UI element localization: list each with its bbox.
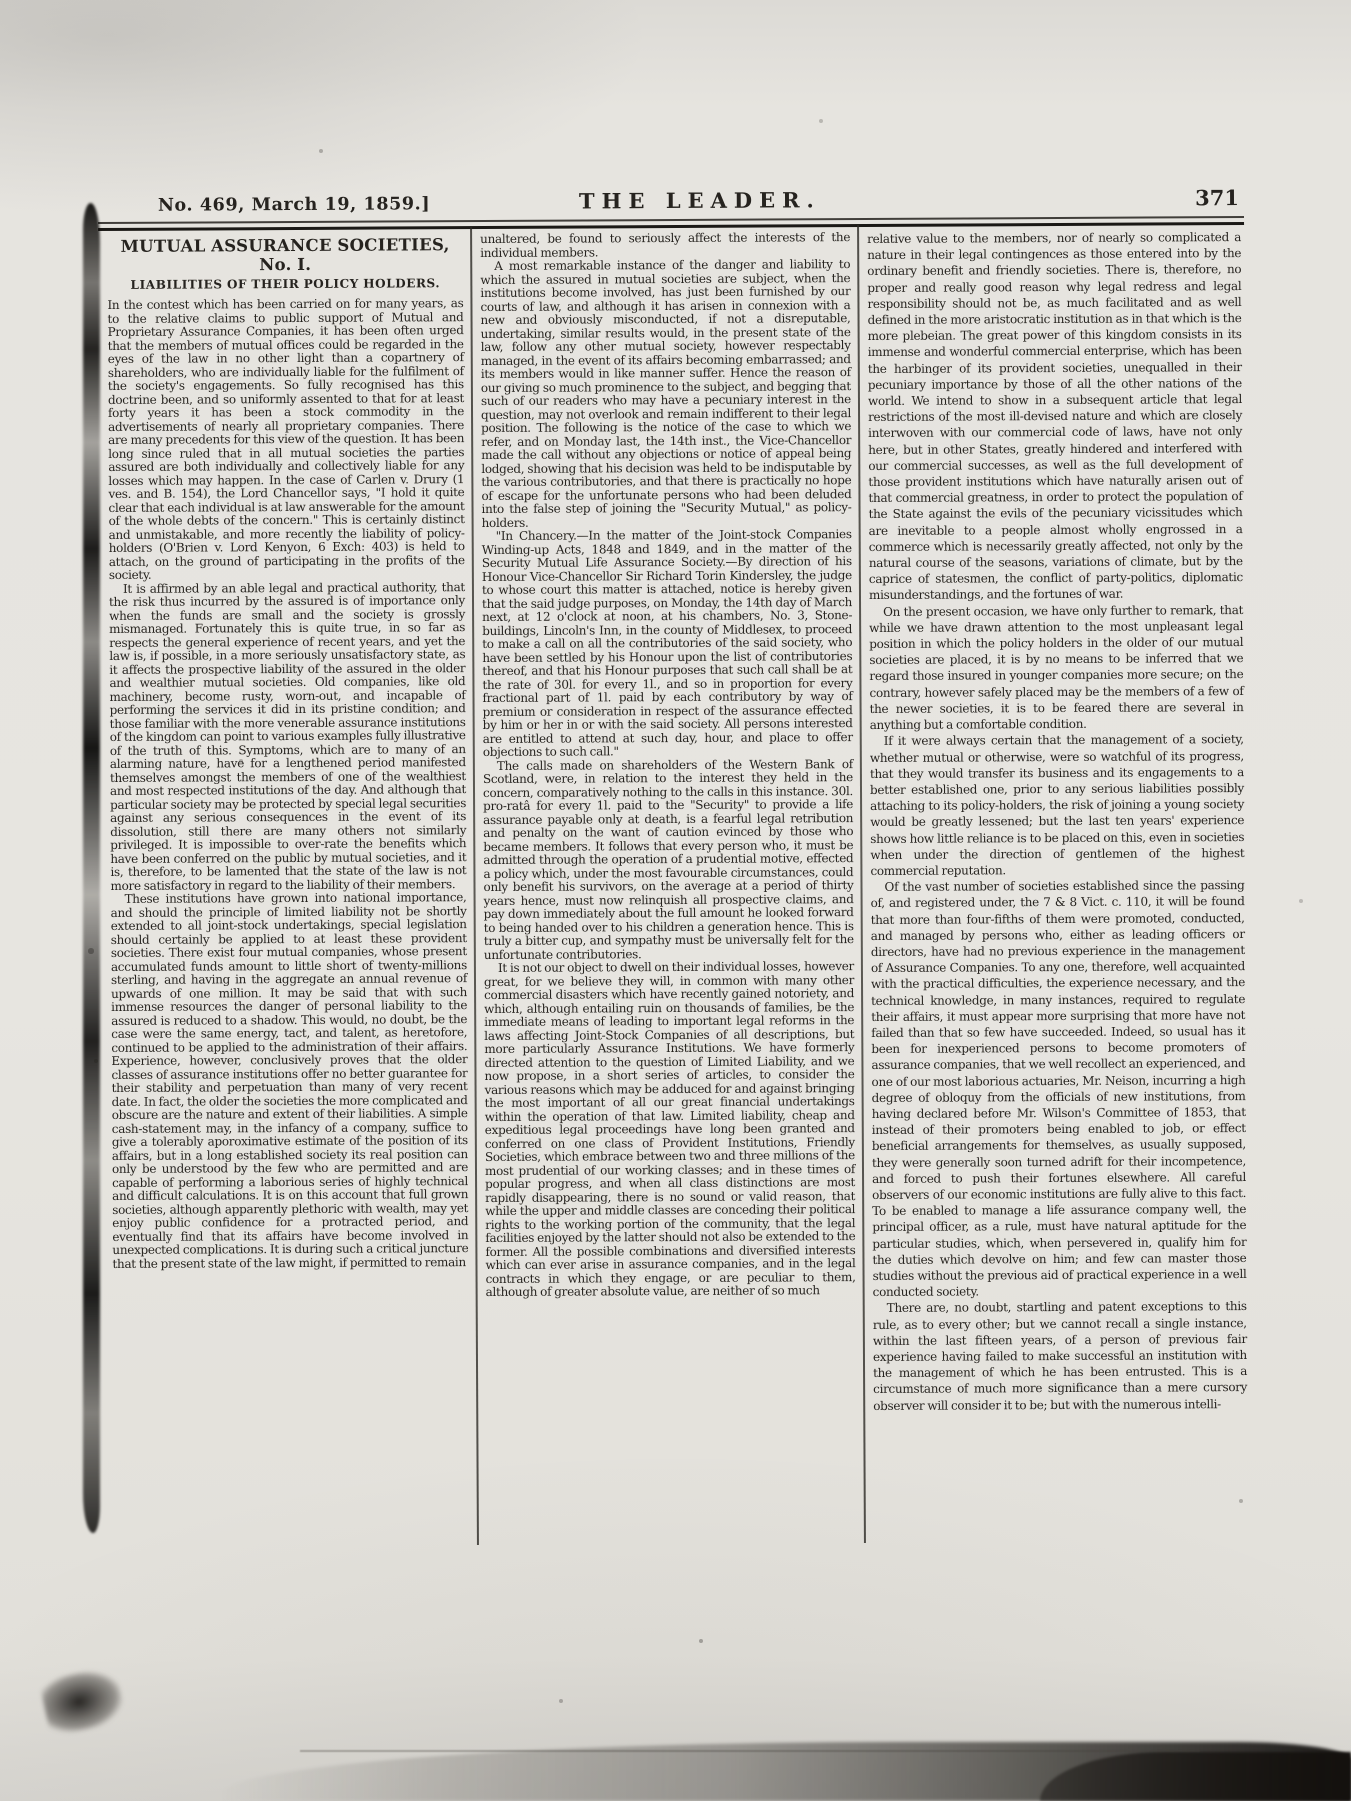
paragraph: If it were always certain that the manag…	[870, 731, 1245, 879]
scan-specks-artifact	[0, 0, 2, 2]
column-divider-1	[470, 227, 479, 1545]
paragraph: It is not our object to dwell on their i…	[484, 960, 856, 1299]
column-1: MUTUAL ASSURANCE SOCIETIES, No. I. LIABI…	[107, 233, 468, 1271]
paragraph: relative value to the members, nor of ne…	[867, 229, 1243, 604]
scratch-artifact	[300, 1750, 1200, 1752]
page-content: No. 469, March 19, 1859.] THE LEADER. 37…	[0, 0, 1351, 1801]
paragraph: Of the vast number of societies establis…	[870, 877, 1246, 1300]
paragraph: It is affirmed by an able legal and prac…	[109, 581, 467, 893]
page-number: 371	[1195, 185, 1239, 210]
binding-shadow-artifact	[83, 203, 100, 1533]
paragraph: In the contest which has been carried on…	[107, 297, 464, 582]
paragraph: A most remarkable instance of the danger…	[480, 258, 851, 530]
paragraph: These institutions have grown into natio…	[111, 891, 469, 1271]
article-title: MUTUAL ASSURANCE SOCIETIES, No. I.	[107, 235, 463, 275]
column-divider-2	[857, 225, 866, 1543]
masthead-title: THE LEADER.	[500, 187, 900, 214]
column-2: unaltered, be found to seriously affect …	[480, 231, 856, 1299]
paragraph: The calls made on shareholders of the We…	[483, 758, 854, 962]
column-3: relative value to the members, nor of ne…	[867, 229, 1247, 1414]
newspaper-scan-page: No. 469, March 19, 1859.] THE LEADER. 37…	[0, 0, 1351, 1801]
paragraph: There are, no doubt, startling and paten…	[873, 1298, 1248, 1413]
issue-date: No. 469, March 19, 1859.]	[158, 194, 430, 215]
article-subtitle: LIABILITIES OF THEIR POLICY HOLDERS.	[107, 276, 463, 292]
paragraph: unaltered, be found to seriously affect …	[480, 231, 850, 260]
paragraph: On the present occasion, we have only fu…	[869, 602, 1244, 734]
paragraph: "In Chancery.—In the matter of the Joint…	[482, 528, 853, 759]
